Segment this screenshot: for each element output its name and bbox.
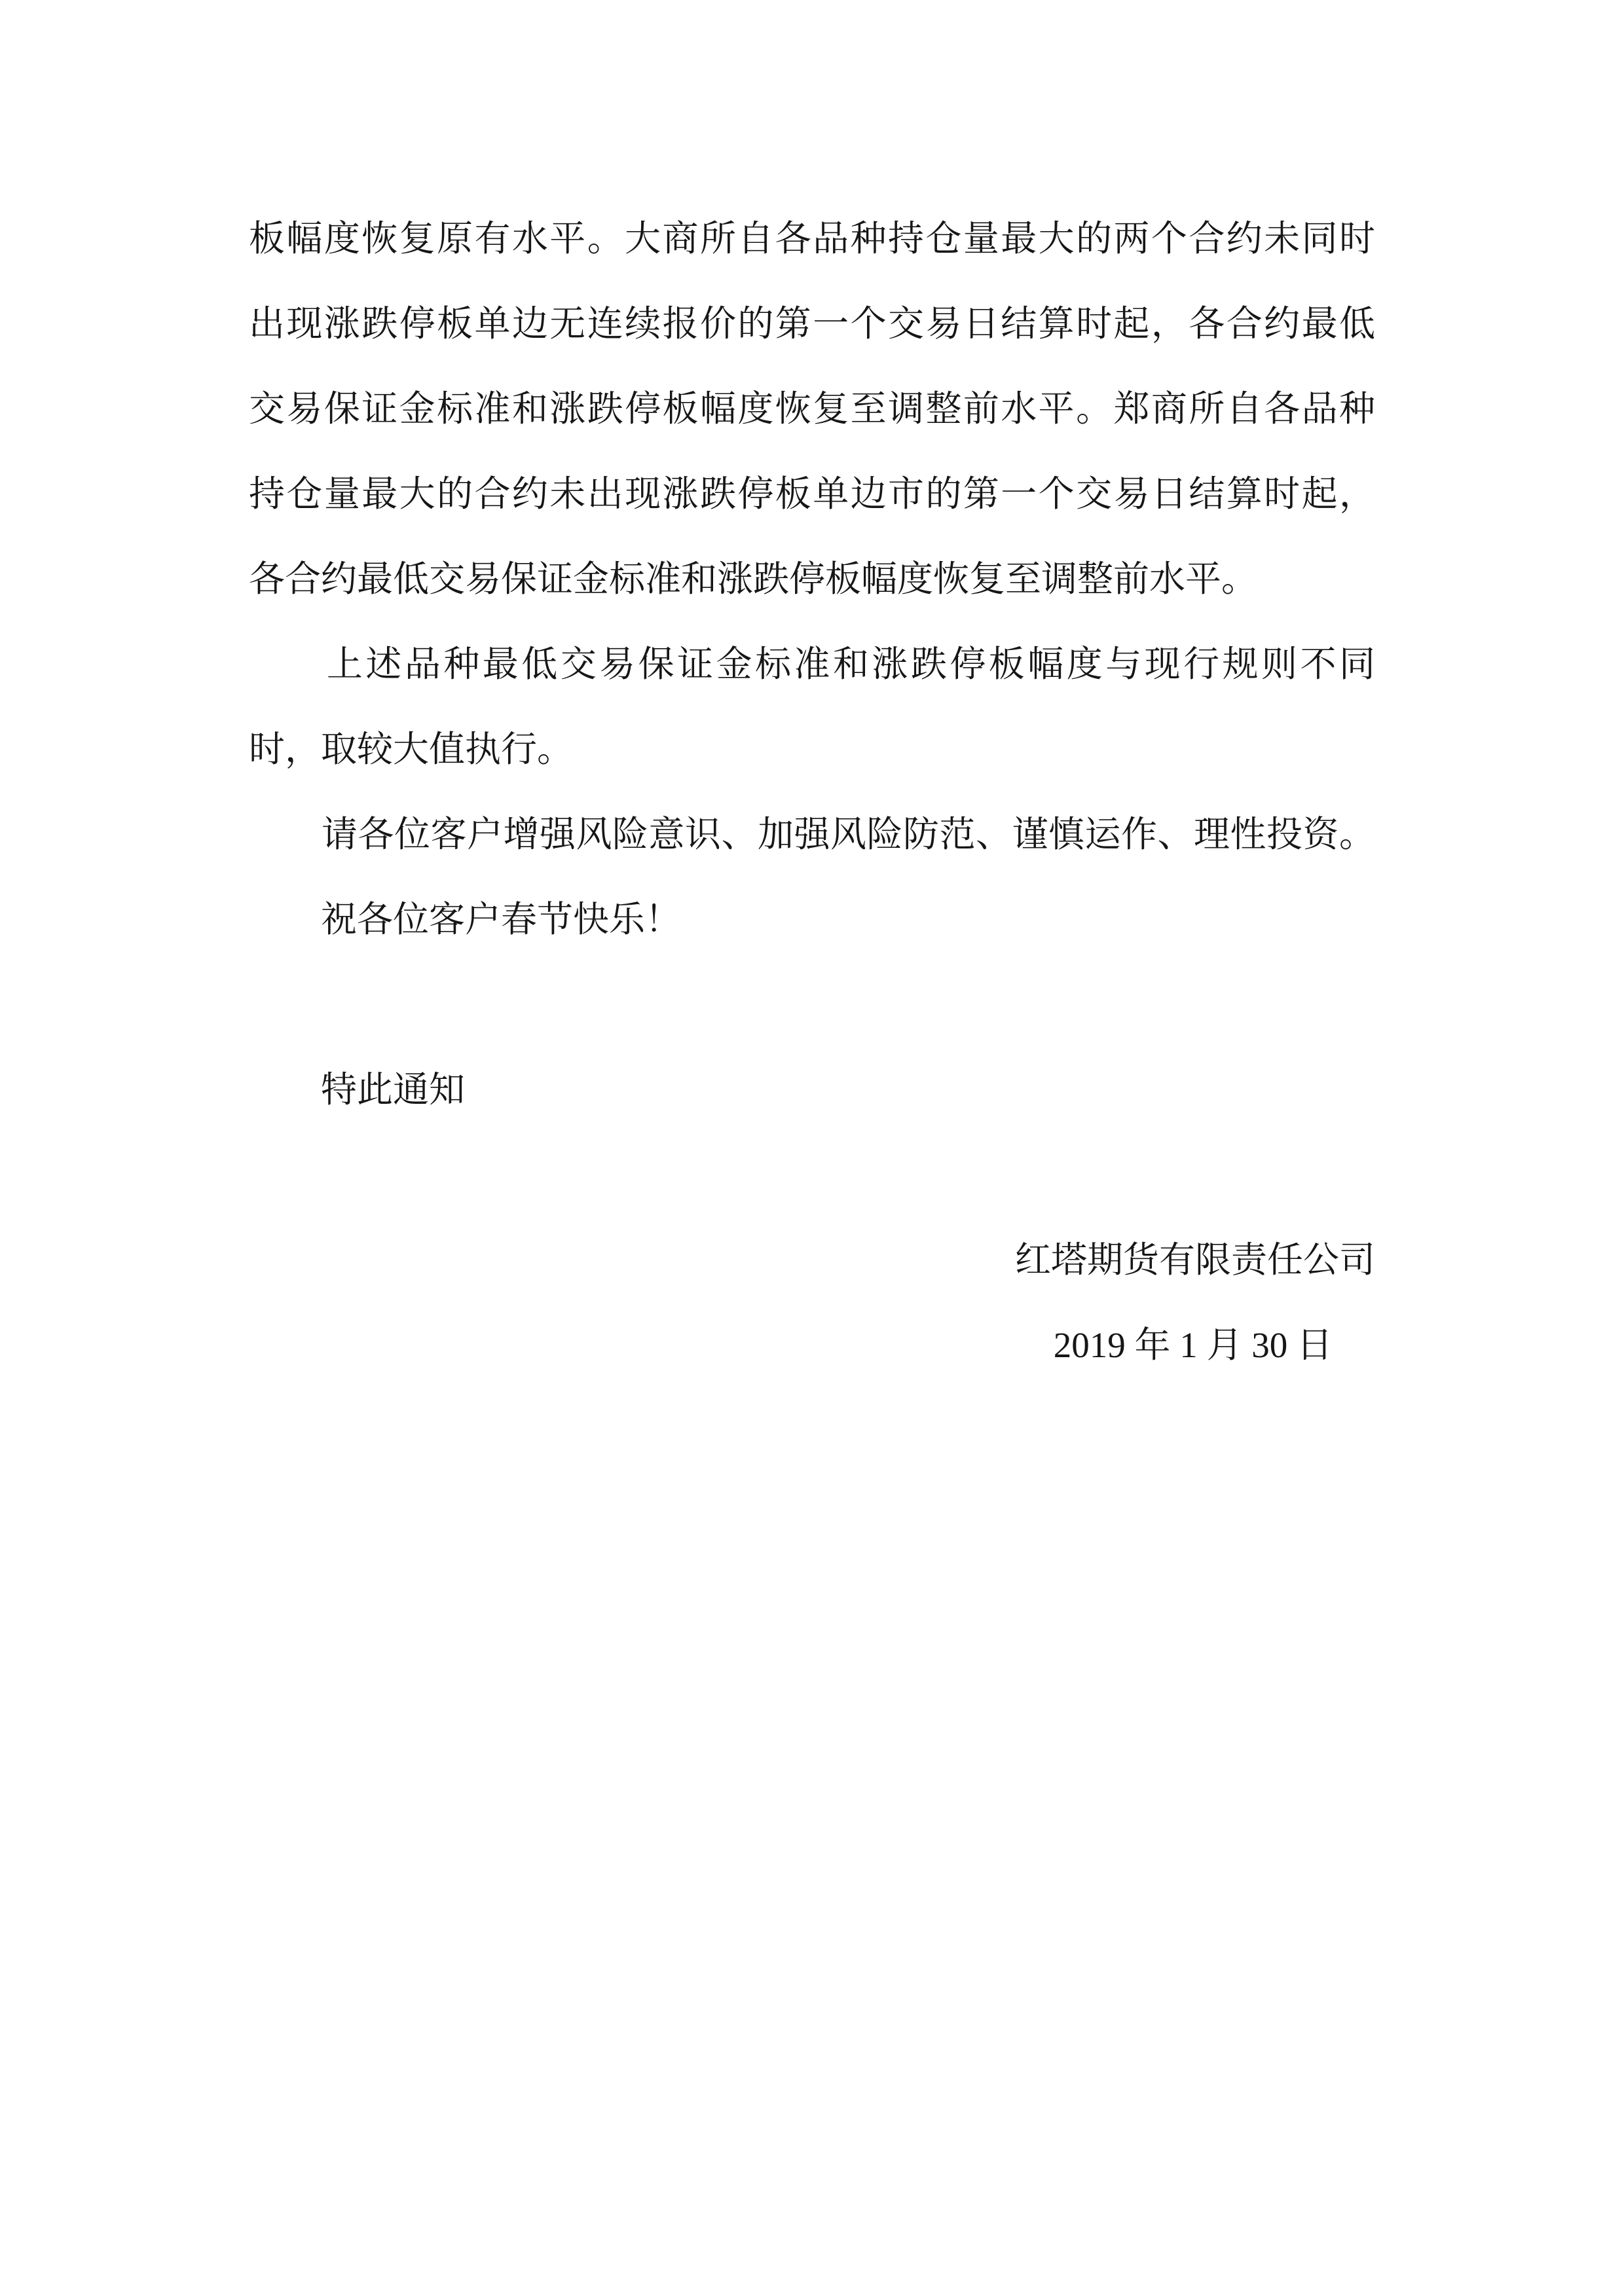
blank-line: [249, 962, 1375, 1048]
body-line: 持仓量最大的合约未出现涨跌停板单边市的第一个交易日结算时起，: [249, 452, 1375, 537]
body-line: 各合约最低交易保证金标准和涨跌停板幅度恢复至调整前水平。: [249, 537, 1375, 622]
blank-line: [249, 1133, 1375, 1218]
notice-page: 板幅度恢复原有水平。大商所自各品种持仓量最大的两个合约未同时 出现涨跌停板单边无…: [0, 0, 1624, 2296]
date-line: 2019 年 1 月 30 日: [249, 1303, 1375, 1388]
body-line: 上述品种最低交易保证金标准和涨跌停板幅度与现行规则不同: [249, 622, 1375, 707]
body-line: 出现涨跌停板单边无连续报价的第一个交易日结算时起，各合约最低: [249, 282, 1375, 367]
body-line: 时，取较大值执行。: [249, 707, 1375, 792]
closing-line: 特此通知: [249, 1048, 1375, 1133]
body-line: 交易保证金标准和涨跌停板幅度恢复至调整前水平。郑商所自各品种: [249, 367, 1375, 452]
signature-line: 红塔期货有限责任公司: [249, 1218, 1375, 1303]
body-line: 请各位客户增强风险意识、加强风险防范、谨慎运作、理性投资。: [249, 792, 1375, 877]
notice-body: 板幅度恢复原有水平。大商所自各品种持仓量最大的两个合约未同时 出现涨跌停板单边无…: [249, 196, 1375, 1388]
body-line: 祝各位客户春节快乐！: [249, 877, 1375, 962]
body-line: 板幅度恢复原有水平。大商所自各品种持仓量最大的两个合约未同时: [249, 196, 1375, 282]
